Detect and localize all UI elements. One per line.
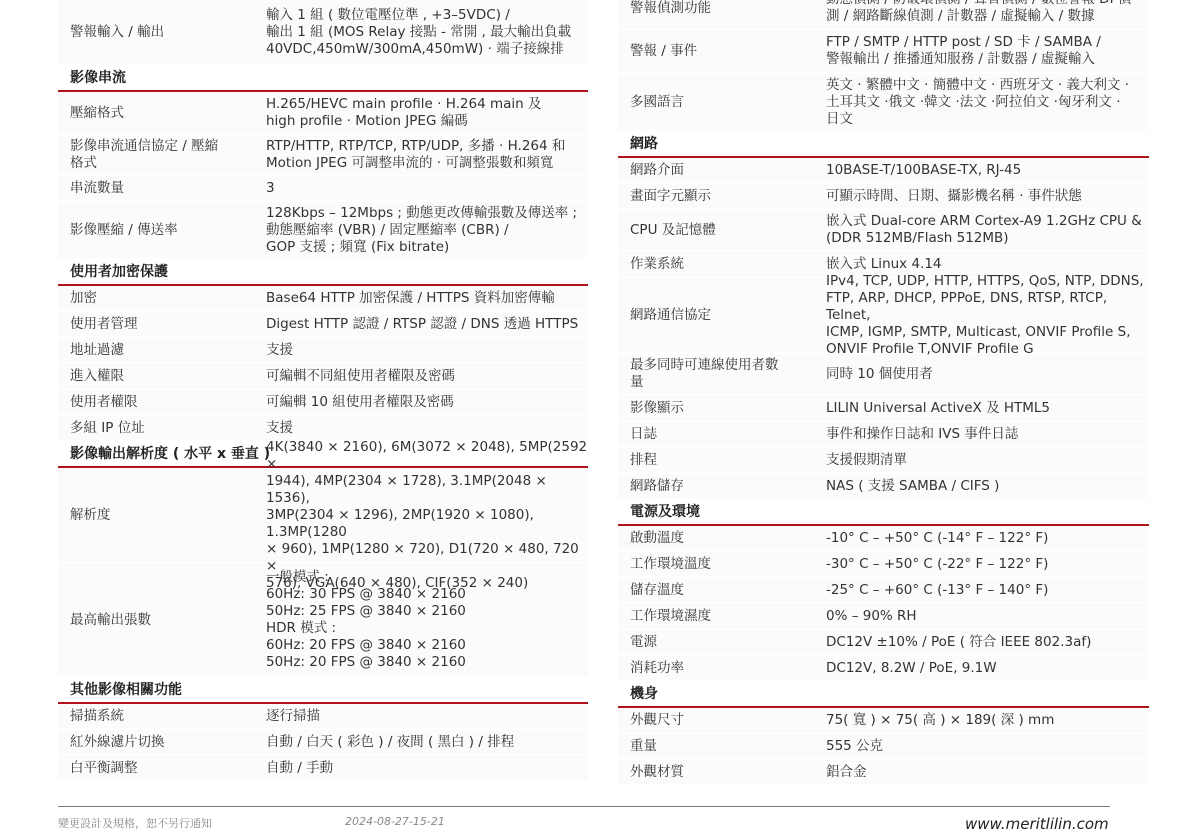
spec-row-user-rights: 使用者權限 可編輯 10 組使用者權限及密碼	[58, 390, 588, 416]
spec-row-stream-protocol: 影像串流通信協定 / 壓縮 格式 RTP/HTTP, RTP/TCP, RTP/…	[58, 136, 588, 176]
section-heading-power: 電源及環境	[618, 500, 1149, 526]
spec-label: 警報偵測功能	[618, 0, 814, 17]
spec-row-user-mgmt: 使用者管理 Digest HTTP 認證 / RTSP 認證 / DNS 透過 …	[58, 312, 588, 338]
spec-row-access: 進入權限 可編輯不同組使用者權限及密碼	[58, 364, 588, 390]
spec-column-right: 警報偵測功能 動態偵測 / 防破壞偵測 / 聲音偵測 / 數位警報 DI 偵 測…	[618, 0, 1149, 786]
spec-row-alarm-event: 警報 / 事件 FTP / SMTP / HTTP post / SD 卡 / …	[618, 30, 1149, 74]
spec-value: DC12V, 8.2W / PoE, 9.1W	[814, 660, 1149, 677]
spec-value: Base64 HTTP 加密保護 / HTTPS 資料加密傳輸	[254, 290, 588, 307]
spec-column-left: 警報輸入 / 輸出 輸入 1 組 ( 數位電壓位準 , +3–5VDC) / 輸…	[58, 0, 588, 782]
spec-label: 多國語言	[618, 94, 814, 111]
spec-value: 555 公克	[814, 738, 1149, 755]
spec-label: 加密	[58, 290, 254, 307]
spec-value: 自動 / 手動	[254, 760, 588, 777]
spec-value: FTP / SMTP / HTTP post / SD 卡 / SAMBA / …	[814, 34, 1149, 68]
spec-value: H.265/HEVC main profile · H.264 main 及 h…	[254, 96, 588, 130]
spec-label: 影像顯示	[618, 400, 814, 417]
spec-value: -25° C – +60° C (-13° F – 140° F)	[814, 582, 1149, 599]
spec-label: 外觀尺寸	[618, 712, 814, 729]
spec-row-humidity: 工作環境濕度 0% – 90% RH	[618, 604, 1149, 630]
spec-label: CPU 及記憶體	[618, 222, 814, 239]
spec-value: 同時 10 個使用者	[814, 366, 1149, 383]
spec-label: 日誌	[618, 426, 814, 443]
spec-row-stream-count: 串流數量 3	[58, 176, 588, 202]
spec-value: Digest HTTP 認證 / RTSP 認證 / DNS 透過 HTTPS	[254, 316, 588, 333]
spec-label: 網路儲存	[618, 478, 814, 495]
spec-row-cpu: CPU 及記憶體 嵌入式 Dual-core ARM Cortex-A9 1.2…	[618, 210, 1149, 252]
section-heading-network: 網路	[618, 132, 1149, 158]
spec-row-storage-temp: 儲存溫度 -25° C – +60° C (-13° F – 140° F)	[618, 578, 1149, 604]
spec-row-osd: 畫面字元顯示 可顯示時間、日期、攝影機名稱 · 事件狀態	[618, 184, 1149, 210]
spec-row-bitrate: 影像壓縮 / 傳送率 128Kbps – 12Mbps ; 動態更改傳輸張數及傳…	[58, 202, 588, 260]
spec-label: 外觀材質	[618, 764, 814, 781]
spec-label: 儲存溫度	[618, 582, 814, 599]
spec-label: 最多同時可連線使用者數 量	[618, 357, 814, 391]
spec-label: 白平衡調整	[58, 760, 254, 777]
spec-label: 警報 / 事件	[618, 43, 814, 60]
spec-label: 進入權限	[58, 368, 254, 385]
spec-label: 解析度	[58, 507, 254, 524]
spec-value: 輸入 1 組 ( 數位電壓位準 , +3–5VDC) / 輸出 1 組 (MOS…	[254, 7, 588, 58]
spec-value: 可編輯不同組使用者權限及密碼	[254, 368, 588, 385]
spec-row-resolution: 解析度 4K(3840 × 2160), 6M(3072 × 2048), 5M…	[58, 468, 588, 564]
spec-row-dimensions: 外觀尺寸 75( 寬 ) × 75( 高 ) × 189( 深 ) mm	[618, 708, 1149, 734]
spec-row-start-temp: 啟動溫度 -10° C – +50° C (-14° F – 122° F)	[618, 526, 1149, 552]
spec-row-power: 電源 DC12V ±10% / PoE ( 符合 IEEE 802.3af)	[618, 630, 1149, 656]
spec-row-material: 外觀材質 鋁合金	[618, 760, 1149, 786]
spec-label: 影像串流通信協定 / 壓縮 格式	[58, 138, 254, 172]
spec-value: 可顯示時間、日期、攝影機名稱 · 事件狀態	[814, 188, 1149, 205]
spec-row-protocols: 網路通信協定 IPv4, TCP, UDP, HTTP, HTTPS, QoS,…	[618, 278, 1149, 354]
footer-date: 2024-08-27-15-21	[345, 815, 445, 828]
spec-value: 英文 · 繁體中文 · 簡體中文 · 西班牙文 · 義大利文 · 土耳其文 ·俄…	[814, 77, 1149, 128]
section-heading-other: 其他影像相關功能	[58, 678, 588, 704]
spec-row-viewer: 影像顯示 LILIN Universal ActiveX 及 HTML5	[618, 396, 1149, 422]
spec-label: 畫面字元顯示	[618, 188, 814, 205]
spec-value: 3	[254, 180, 588, 197]
spec-label: 排程	[618, 452, 814, 469]
spec-label: 重量	[618, 738, 814, 755]
spec-label: 電源	[618, 634, 814, 651]
spec-label: 網路介面	[618, 162, 814, 179]
footer-notice: 變更設計及規格，恕不另行通知	[58, 815, 212, 831]
spec-value: 逐行掃描	[254, 708, 588, 725]
spec-value: NAS ( 支援 SAMBA / CIFS )	[814, 478, 1149, 495]
spec-value: RTP/HTTP, RTP/TCP, RTP/UDP, 多播 · H.264 和…	[254, 138, 588, 172]
spec-label: 使用者管理	[58, 316, 254, 333]
spec-value: 嵌入式 Linux 4.14	[814, 256, 1149, 273]
spec-label: 工作環境濕度	[618, 608, 814, 625]
spec-label: 最高輸出張數	[58, 612, 254, 629]
spec-value: -30° C – +50° C (-22° F – 122° F)	[814, 556, 1149, 573]
spec-row-ip-filter: 地址過濾 支援	[58, 338, 588, 364]
spec-row-consumption: 消耗功率 DC12V, 8.2W / PoE, 9.1W	[618, 656, 1149, 682]
spec-value: 128Kbps – 12Mbps ; 動態更改傳輸張數及傳送率 ; 動態壓縮率 …	[254, 205, 588, 256]
spec-value: 支援假期清單	[814, 452, 1149, 469]
spec-row-white-balance: 白平衡調整 自動 / 手動	[58, 756, 588, 782]
section-heading-stream: 影像串流	[58, 66, 588, 92]
footer-divider	[58, 806, 1110, 807]
spec-row-nas: 網路儲存 NAS ( 支援 SAMBA / CIFS )	[618, 474, 1149, 500]
spec-value: DC12V ±10% / PoE ( 符合 IEEE 802.3af)	[814, 634, 1149, 651]
spec-row-max-users: 最多同時可連線使用者數 量 同時 10 個使用者	[618, 354, 1149, 396]
spec-label: 作業系統	[618, 256, 814, 273]
spec-row-alarm-io: 警報輸入 / 輸出 輸入 1 組 ( 數位電壓位準 , +3–5VDC) / 輸…	[58, 0, 588, 66]
spec-label: 網路通信協定	[618, 307, 814, 324]
spec-row-max-fps: 最高輸出張數 一般模式 : 60Hz: 30 FPS @ 3840 × 2160…	[58, 564, 588, 678]
spec-value: 支援	[254, 342, 588, 359]
spec-row-alarm-detect: 警報偵測功能 動態偵測 / 防破壞偵測 / 聲音偵測 / 數位警報 DI 偵 測…	[618, 0, 1149, 30]
spec-row-op-temp: 工作環境溫度 -30° C – +50° C (-22° F – 122° F)	[618, 552, 1149, 578]
spec-value: 事件和操作日誌和 IVS 事件日誌	[814, 426, 1149, 443]
spec-label: 紅外線濾片切換	[58, 734, 254, 751]
spec-label: 壓縮格式	[58, 105, 254, 122]
section-heading-security: 使用者加密保護	[58, 260, 588, 286]
spec-value: 支援	[254, 420, 588, 437]
spec-row-weight: 重量 555 公克	[618, 734, 1149, 760]
spec-value: IPv4, TCP, UDP, HTTP, HTTPS, QoS, NTP, D…	[814, 273, 1149, 358]
spec-row-compression: 壓縮格式 H.265/HEVC main profile · H.264 mai…	[58, 92, 588, 136]
spec-label: 掃描系統	[58, 708, 254, 725]
section-heading-body: 機身	[618, 682, 1149, 708]
website-link[interactable]: www.meritlilin.com	[965, 815, 1109, 833]
spec-label: 消耗功率	[618, 660, 814, 677]
spec-value: 75( 寬 ) × 75( 高 ) × 189( 深 ) mm	[814, 712, 1149, 729]
spec-label: 工作環境溫度	[618, 556, 814, 573]
spec-value: LILIN Universal ActiveX 及 HTML5	[814, 400, 1149, 417]
spec-value: 動態偵測 / 防破壞偵測 / 聲音偵測 / 數位警報 DI 偵 測 / 網路斷線…	[814, 0, 1149, 25]
spec-value: 一般模式 : 60Hz: 30 FPS @ 3840 × 2160 50Hz: …	[254, 569, 588, 671]
spec-row-interface: 網路介面 10BASE-T/100BASE-TX, RJ-45	[618, 158, 1149, 184]
spec-row-scan: 掃描系統 逐行掃描	[58, 704, 588, 730]
spec-label: 串流數量	[58, 180, 254, 197]
spec-value: 10BASE-T/100BASE-TX, RJ-45	[814, 162, 1149, 179]
spec-row-languages: 多國語言 英文 · 繁體中文 · 簡體中文 · 西班牙文 · 義大利文 · 土耳…	[618, 74, 1149, 132]
spec-label: 使用者權限	[58, 394, 254, 411]
spec-label: 多組 IP 位址	[58, 420, 254, 437]
spec-row-ircut: 紅外線濾片切換 自動 / 白天 ( 彩色 ) / 夜間 ( 黑白 ) / 排程	[58, 730, 588, 756]
spec-row-log: 日誌 事件和操作日誌和 IVS 事件日誌	[618, 422, 1149, 448]
spec-label: 警報輸入 / 輸出	[58, 24, 254, 41]
spec-value: 0% – 90% RH	[814, 608, 1149, 625]
spec-value: 嵌入式 Dual-core ARM Cortex-A9 1.2GHz CPU &…	[814, 213, 1149, 247]
spec-label: 地址過濾	[58, 342, 254, 359]
spec-row-encryption: 加密 Base64 HTTP 加密保護 / HTTPS 資料加密傳輸	[58, 286, 588, 312]
spec-label: 影像壓縮 / 傳送率	[58, 222, 254, 239]
spec-value: 鋁合金	[814, 764, 1149, 781]
spec-label: 啟動溫度	[618, 530, 814, 547]
spec-value: 自動 / 白天 ( 彩色 ) / 夜間 ( 黑白 ) / 排程	[254, 734, 588, 751]
spec-value: -10° C – +50° C (-14° F – 122° F)	[814, 530, 1149, 547]
spec-row-schedule: 排程 支援假期清單	[618, 448, 1149, 474]
spec-value: 可編輯 10 組使用者權限及密碼	[254, 394, 588, 411]
